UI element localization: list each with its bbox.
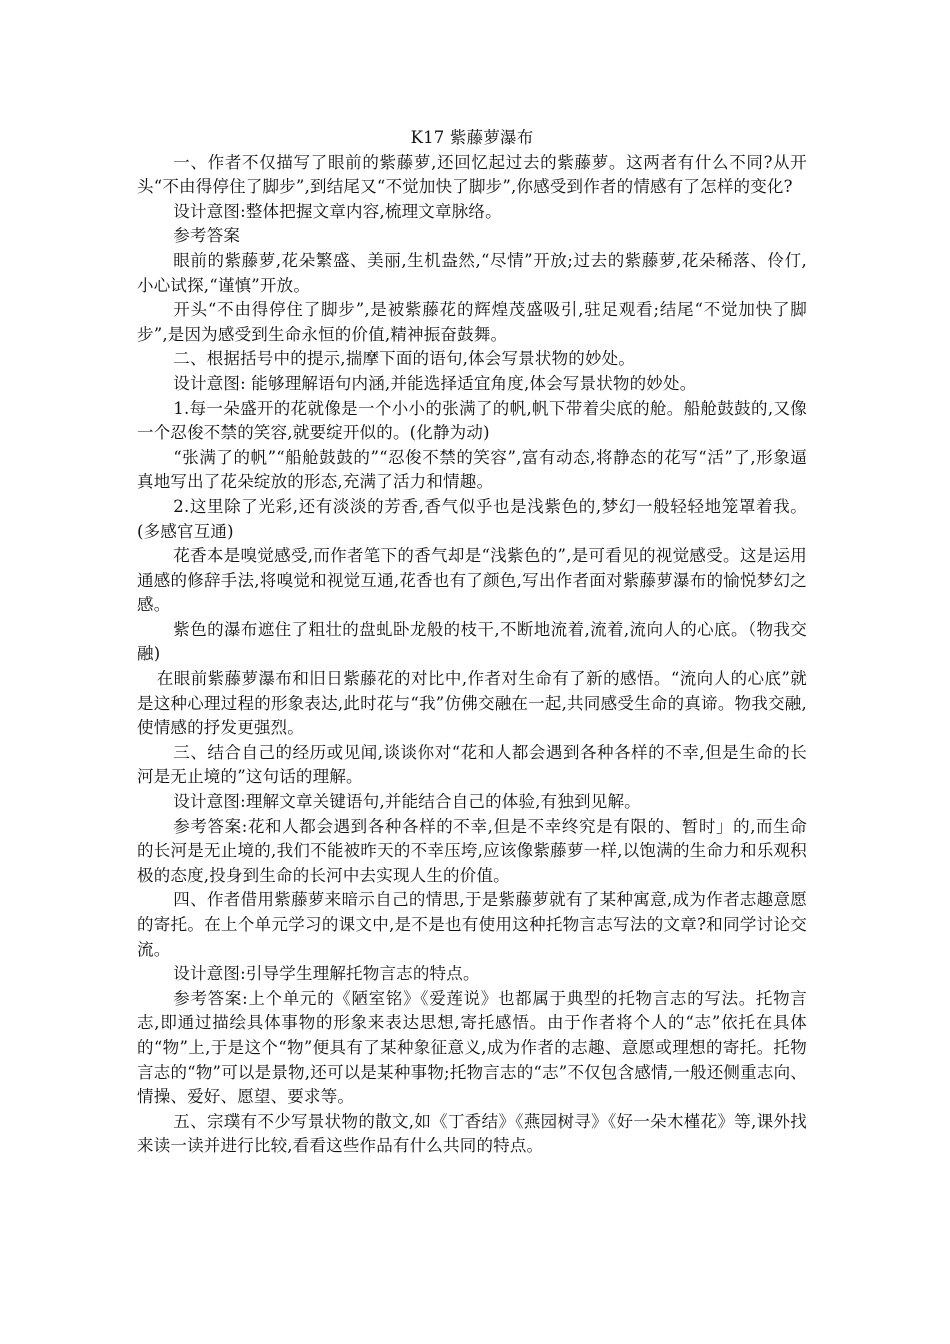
design-intent-4: 设计意图:引导学生理解托物言志的特点。: [137, 962, 807, 987]
sentence-2-3: 紫色的瀑布遮住了粗壮的盘虬卧龙般的枝干,不断地流着,流着,流向人的心底。（物我交…: [137, 618, 807, 667]
answer-3: 参考答案:花和人都会遇到各种各样的不幸,但是不幸终究是有限的、暂时」的,而生命的…: [137, 815, 807, 889]
question-2: 二、根据括号中的提示,揣摩下面的语句,体会写景状物的妙处。: [137, 347, 807, 372]
answer-1a: 眼前的紫藤萝,花朵繁盛、美丽,生机盎然,“尽情”开放;过去的紫藤萝,花朵稀落、伶…: [137, 249, 807, 298]
sentence-2-1: 1.每一朵盛开的花就像是一个小小的张满了的帆,帆下带着尖底的舱。船舱鼓鼓的,又像…: [137, 397, 807, 446]
document-page: K17 紫藤萝瀑布 一、作者不仅描写了眼前的紫藤萝,还回忆起过去的紫藤萝。这两者…: [137, 126, 807, 1159]
design-intent-1: 设计意图:整体把握文章内容,梳理文章脉络。: [137, 200, 807, 225]
design-intent-3: 设计意图:理解文章关键语句,并能结合自己的体验,有独到见解。: [137, 790, 807, 815]
question-1: 一、作者不仅描写了眼前的紫藤萝,还回忆起过去的紫藤萝。这两者有什么不同?从开头“…: [137, 151, 807, 200]
document-title: K17 紫藤萝瀑布: [137, 126, 807, 151]
answer-label-1: 参考答案: [137, 224, 807, 249]
analysis-2-1: “张满了的帆”“船舱鼓鼓的”“忍俊不禁的笑容”,富有动态,将静态的花写“活”了,…: [137, 446, 807, 495]
answer-1b: 开头“不由得停住了脚步”,是被紫藤花的辉煌茂盛吸引,驻足观看;结尾“不觉加快了脚…: [137, 298, 807, 347]
sentence-2-2: 2.这里除了光彩,还有淡淡的芳香,香气似乎也是浅紫色的,梦幻一般轻轻地笼罩着我。…: [137, 495, 807, 544]
analysis-2-2: 花香本是嗅觉感受,而作者笔下的香气却是“浅紫色的”,是可看见的视觉感受。这是运用…: [137, 544, 807, 618]
question-3: 三、结合自己的经历或见闻,谈谈你对“花和人都会遇到各种各样的不幸,但是生命的长河…: [137, 741, 807, 790]
design-intent-2: 设计意图: 能够理解语句内涵,并能选择适宜角度,体会写景状物的妙处。: [137, 372, 807, 397]
question-5: 五、宗璞有不少写景状物的散文,如《丁香结》《燕园树寻》《好一朵木槿花》等,课外找…: [137, 1110, 807, 1159]
question-4: 四、作者借用紫藤萝来暗示自己的情思,于是紫藤萝就有了某种寓意,成为作者志趣意愿的…: [137, 888, 807, 962]
answer-4: 参考答案:上个单元的《陋室铭》《爱莲说》也都属于典型的托物言志的写法。托物言志,…: [137, 987, 807, 1110]
analysis-2-3: 在眼前紫藤萝瀑布和旧日紫藤花的对比中,作者对生命有了新的感悟。“流向人的心底”就…: [137, 667, 807, 741]
